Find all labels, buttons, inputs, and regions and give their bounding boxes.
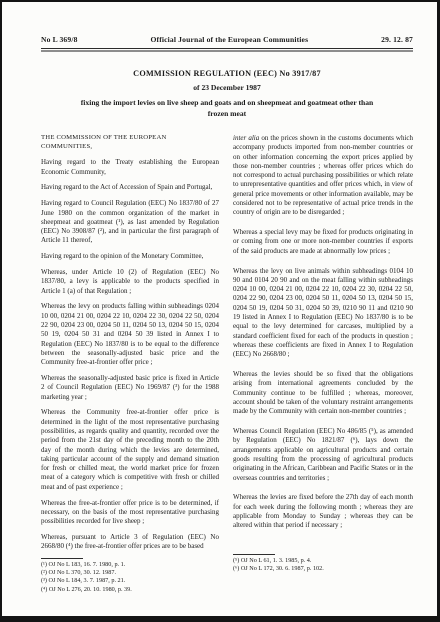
paragraph: Whereas the levies should be so fixed th…: [233, 370, 413, 416]
paragraph: Having regard to the Treaty establishing…: [41, 158, 219, 177]
right-column: inter alia on the prices shown in the cu…: [233, 134, 413, 581]
left-column: THE COMMISSION OF THE EUROPEAN COMMUNITI…: [41, 134, 219, 581]
footnote: (²) OJ No L 370, 30. 12. 1987.: [41, 569, 219, 577]
header-divider-rule: [41, 48, 413, 52]
footnote: (⁴) OJ No L 276, 20. 10. 1980, p. 39.: [41, 586, 219, 594]
paragraph: Whereas, under Article 10 (2) of Regulat…: [41, 268, 219, 296]
paragraph: Whereas the Community free-at-frontier o…: [41, 408, 219, 492]
footnote: (³) OJ No L 184, 3. 7. 1987, p. 21.: [41, 577, 219, 585]
right-footnotes: (⁵) OJ No L 61, 1. 3. 1985, p. 4. (⁶) OJ…: [233, 554, 413, 581]
paragraph: Whereas Council Regulation (EEC) No 486/…: [233, 427, 413, 483]
regulation-title-block: COMMISSION REGULATION (EEC) No 3917/87 o…: [41, 69, 413, 119]
regulation-date: of 23 December 1987: [41, 83, 413, 92]
journal-page: No L 369/8 Official Journal of the Europ…: [2, 2, 437, 616]
journal-title: Official Journal of the European Communi…: [78, 35, 382, 44]
footnote-rule: [41, 558, 83, 559]
body-columns: THE COMMISSION OF THE EUROPEAN COMMUNITI…: [41, 134, 413, 581]
paragraph: Whereas the free-at-frontier offer price…: [41, 499, 219, 527]
footnote: (¹) OJ No L 183, 16. 7. 1980, p. 1.: [41, 561, 219, 569]
regulation-subject: fixing the import levies on live sheep a…: [70, 97, 384, 119]
footnote: (⁵) OJ No L 61, 1. 3. 1985, p. 4.: [233, 557, 413, 565]
paragraph: Having regard to Council Regulation (EEC…: [41, 199, 219, 245]
paragraph: Whereas a special levy may be fixed for …: [233, 228, 413, 256]
paragraph: Whereas the levy on products falling wit…: [41, 302, 219, 367]
journal-date: 29. 12. 87: [381, 35, 413, 44]
left-footnotes: (¹) OJ No L 183, 16. 7. 1980, p. 1. (²) …: [41, 558, 219, 602]
paragraph: Whereas the levies are fixed before the …: [233, 493, 413, 530]
page-header: No L 369/8 Official Journal of the Europ…: [41, 35, 413, 44]
paragraph: Whereas the levy on live animals within …: [233, 267, 413, 360]
paragraph: inter alia on the prices shown in the cu…: [233, 134, 413, 218]
preamble-opening: THE COMMISSION OF THE EUROPEAN COMMUNITI…: [41, 134, 219, 152]
paragraph: Having regard to the opinion of the Mone…: [41, 252, 219, 261]
footnote: (⁶) OJ No L 172, 30. 6. 1987, p. 102.: [233, 565, 413, 573]
paragraph-text: on the prices shown in the customs docum…: [233, 134, 413, 216]
paragraph: Whereas, pursuant to Article 3 of Regula…: [41, 533, 219, 552]
latin-phrase: inter alia: [233, 134, 259, 142]
journal-issue-number: No L 369/8: [41, 35, 78, 44]
paragraph: Whereas the seasonally-adjusted basic pr…: [41, 374, 219, 402]
footnote-rule: [233, 554, 275, 555]
regulation-title: COMMISSION REGULATION (EEC) No 3917/87: [41, 69, 413, 78]
paragraph: Having regard to the Act of Accession of…: [41, 183, 219, 192]
